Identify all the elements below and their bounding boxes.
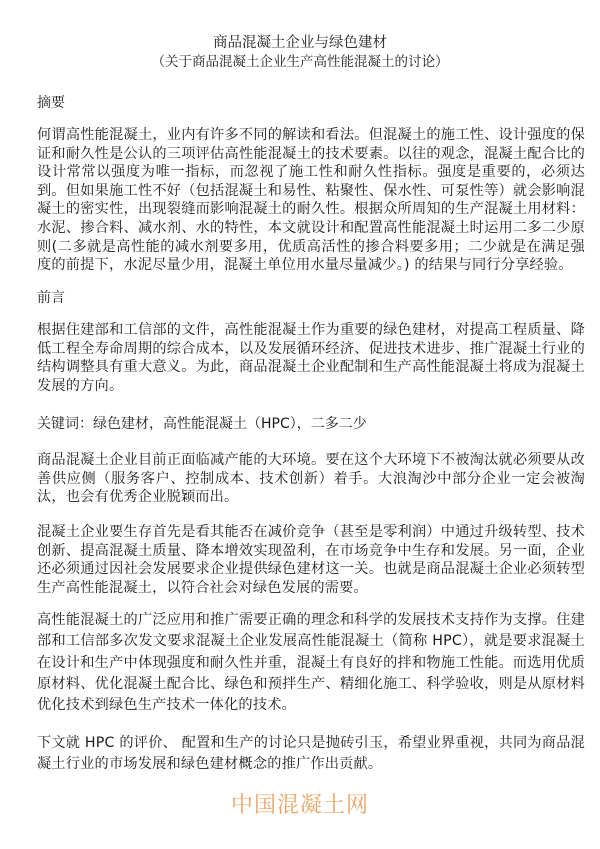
keywords-line: 关键词：绿色建材，高性能混凝土（HPC），二多二少 — [37, 415, 367, 433]
preface-heading: 前言 — [37, 289, 65, 307]
abstract-paragraph: 何谓高性能混凝土，业内有许多不同的解读和看法。但混凝土的施工性、设计强度的保证和… — [37, 126, 585, 275]
document-page: 商品混凝土企业与绿色建材 （关于商品混凝土企业生产高性能混凝土的讨论） 摘要 何… — [0, 0, 600, 849]
document-subtitle: （关于商品混凝土企业生产高性能混凝土的讨论） — [0, 53, 600, 71]
body-paragraph-4: 下文就 HPC 的评价、 配置和生产的讨论只是抛砖引玉，希望业界重视，共同为商品… — [37, 733, 585, 776]
site-watermark: 中国混凝土网 — [0, 792, 600, 820]
body-paragraph-2: 混凝土企业要生存首先是看其能否在减价竞争（甚至是零利润）中通过升级转型、技术创新… — [37, 523, 585, 597]
document-title: 商品混凝土企业与绿色建材 — [0, 34, 600, 52]
body-paragraph-1: 商品混凝土企业目前正面临减产能的大环境。要在这个大环境下不被淘汰就必须要从改善供… — [37, 451, 585, 507]
abstract-heading: 摘要 — [37, 94, 65, 112]
preface-paragraph: 根据住建部和工信部的文件，高性能混凝土作为重要的绿色建材，对提高工程质量、降低工… — [37, 321, 585, 395]
body-paragraph-3: 高性能混凝土的广泛应用和推广需要正确的理念和科学的发展技术支持作为支撑。住建部和… — [37, 610, 585, 716]
